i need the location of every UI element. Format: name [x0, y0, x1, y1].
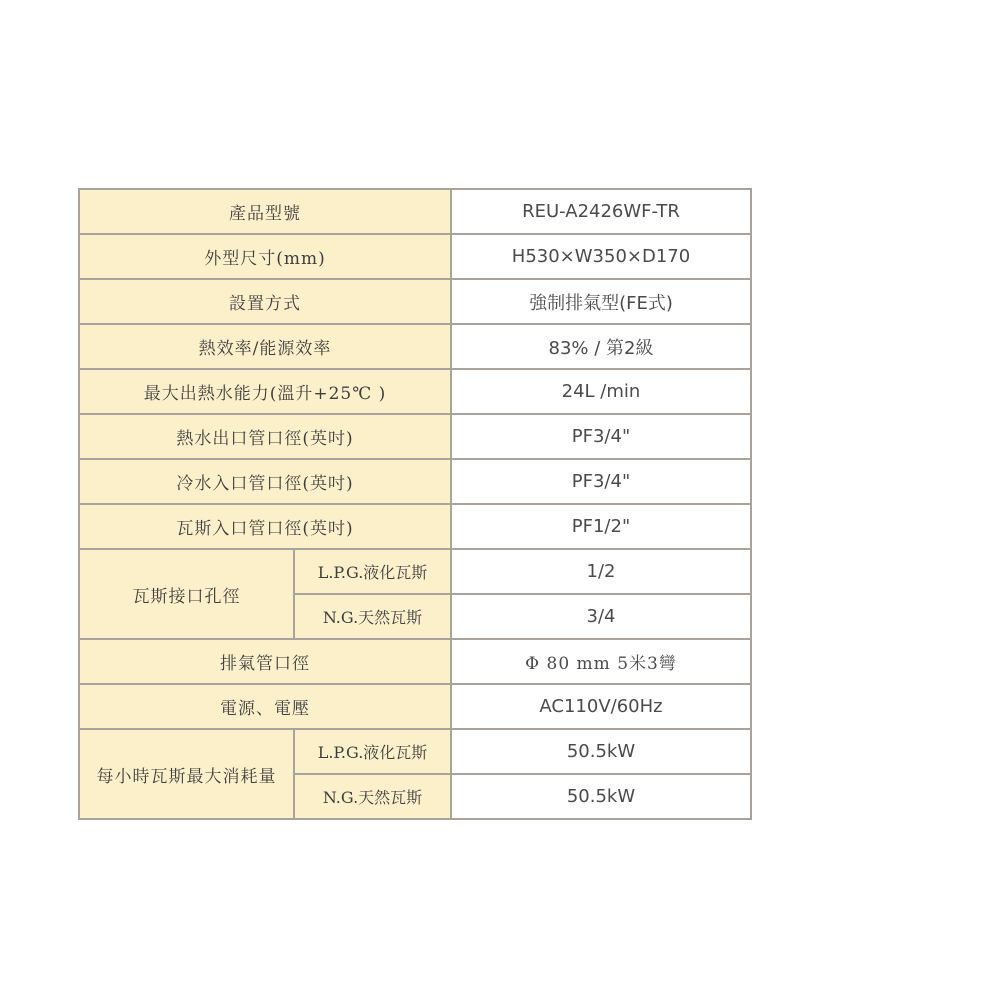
spec-row: 熱效率/能源效率83% / 第2級	[79, 324, 751, 369]
spec-table-body: 產品型號REU-A2426WF-TR外型尺寸(mm)H530×W350×D170…	[79, 189, 751, 819]
spec-label-cell: 電源、電壓	[79, 684, 451, 729]
spec-value-cell: 強制排氣型(FE式)	[451, 279, 751, 324]
spec-value-cell: PF3/4"	[451, 414, 751, 459]
spec-value-cell: PF3/4"	[451, 459, 751, 504]
spec-value-cell: 24L /min	[451, 369, 751, 414]
spec-sublabel-cell: L.P.G.液化瓦斯	[294, 729, 451, 774]
spec-value-cell: Φ 80 mm 5米3彎	[451, 639, 751, 684]
spec-row: 瓦斯入口管口徑(英吋)PF1/2"	[79, 504, 751, 549]
spec-value-cell: 3/4	[451, 594, 751, 639]
spec-group-label-cell: 每小時瓦斯最大消耗量	[79, 729, 294, 819]
spec-group-label-cell: 瓦斯接口孔徑	[79, 549, 294, 639]
spec-row: 產品型號REU-A2426WF-TR	[79, 189, 751, 234]
spec-value-cell: H530×W350×D170	[451, 234, 751, 279]
product-spec-table: 產品型號REU-A2426WF-TR外型尺寸(mm)H530×W350×D170…	[78, 188, 752, 820]
spec-row: 熱水出口管口徑(英吋)PF3/4"	[79, 414, 751, 459]
spec-sublabel-cell: N.G.天然瓦斯	[294, 594, 451, 639]
page-background: 產品型號REU-A2426WF-TR外型尺寸(mm)H530×W350×D170…	[0, 0, 1000, 1000]
spec-label-cell: 最大出熱水能力(溫升+25℃ )	[79, 369, 451, 414]
spec-row: 瓦斯接口孔徑L.P.G.液化瓦斯1/2	[79, 549, 751, 594]
spec-sublabel-cell: N.G.天然瓦斯	[294, 774, 451, 819]
spec-value-cell: 1/2	[451, 549, 751, 594]
spec-row: 冷水入口管口徑(英吋)PF3/4"	[79, 459, 751, 504]
spec-row: 電源、電壓AC110V/60Hz	[79, 684, 751, 729]
spec-label-cell: 冷水入口管口徑(英吋)	[79, 459, 451, 504]
spec-label-cell: 熱水出口管口徑(英吋)	[79, 414, 451, 459]
spec-value-cell: PF1/2"	[451, 504, 751, 549]
spec-value-cell: 50.5kW	[451, 774, 751, 819]
spec-label-cell: 排氣管口徑	[79, 639, 451, 684]
spec-row: 最大出熱水能力(溫升+25℃ )24L /min	[79, 369, 751, 414]
spec-value-cell: 50.5kW	[451, 729, 751, 774]
spec-row: 設置方式強制排氣型(FE式)	[79, 279, 751, 324]
spec-label-cell: 熱效率/能源效率	[79, 324, 451, 369]
spec-label-cell: 產品型號	[79, 189, 451, 234]
spec-label-cell: 外型尺寸(mm)	[79, 234, 451, 279]
spec-label-cell: 設置方式	[79, 279, 451, 324]
spec-row: 每小時瓦斯最大消耗量L.P.G.液化瓦斯50.5kW	[79, 729, 751, 774]
spec-value-cell: AC110V/60Hz	[451, 684, 751, 729]
spec-value-cell: 83% / 第2級	[451, 324, 751, 369]
spec-sublabel-cell: L.P.G.液化瓦斯	[294, 549, 451, 594]
spec-value-cell: REU-A2426WF-TR	[451, 189, 751, 234]
spec-row: 排氣管口徑Φ 80 mm 5米3彎	[79, 639, 751, 684]
spec-label-cell: 瓦斯入口管口徑(英吋)	[79, 504, 451, 549]
spec-row: 外型尺寸(mm)H530×W350×D170	[79, 234, 751, 279]
